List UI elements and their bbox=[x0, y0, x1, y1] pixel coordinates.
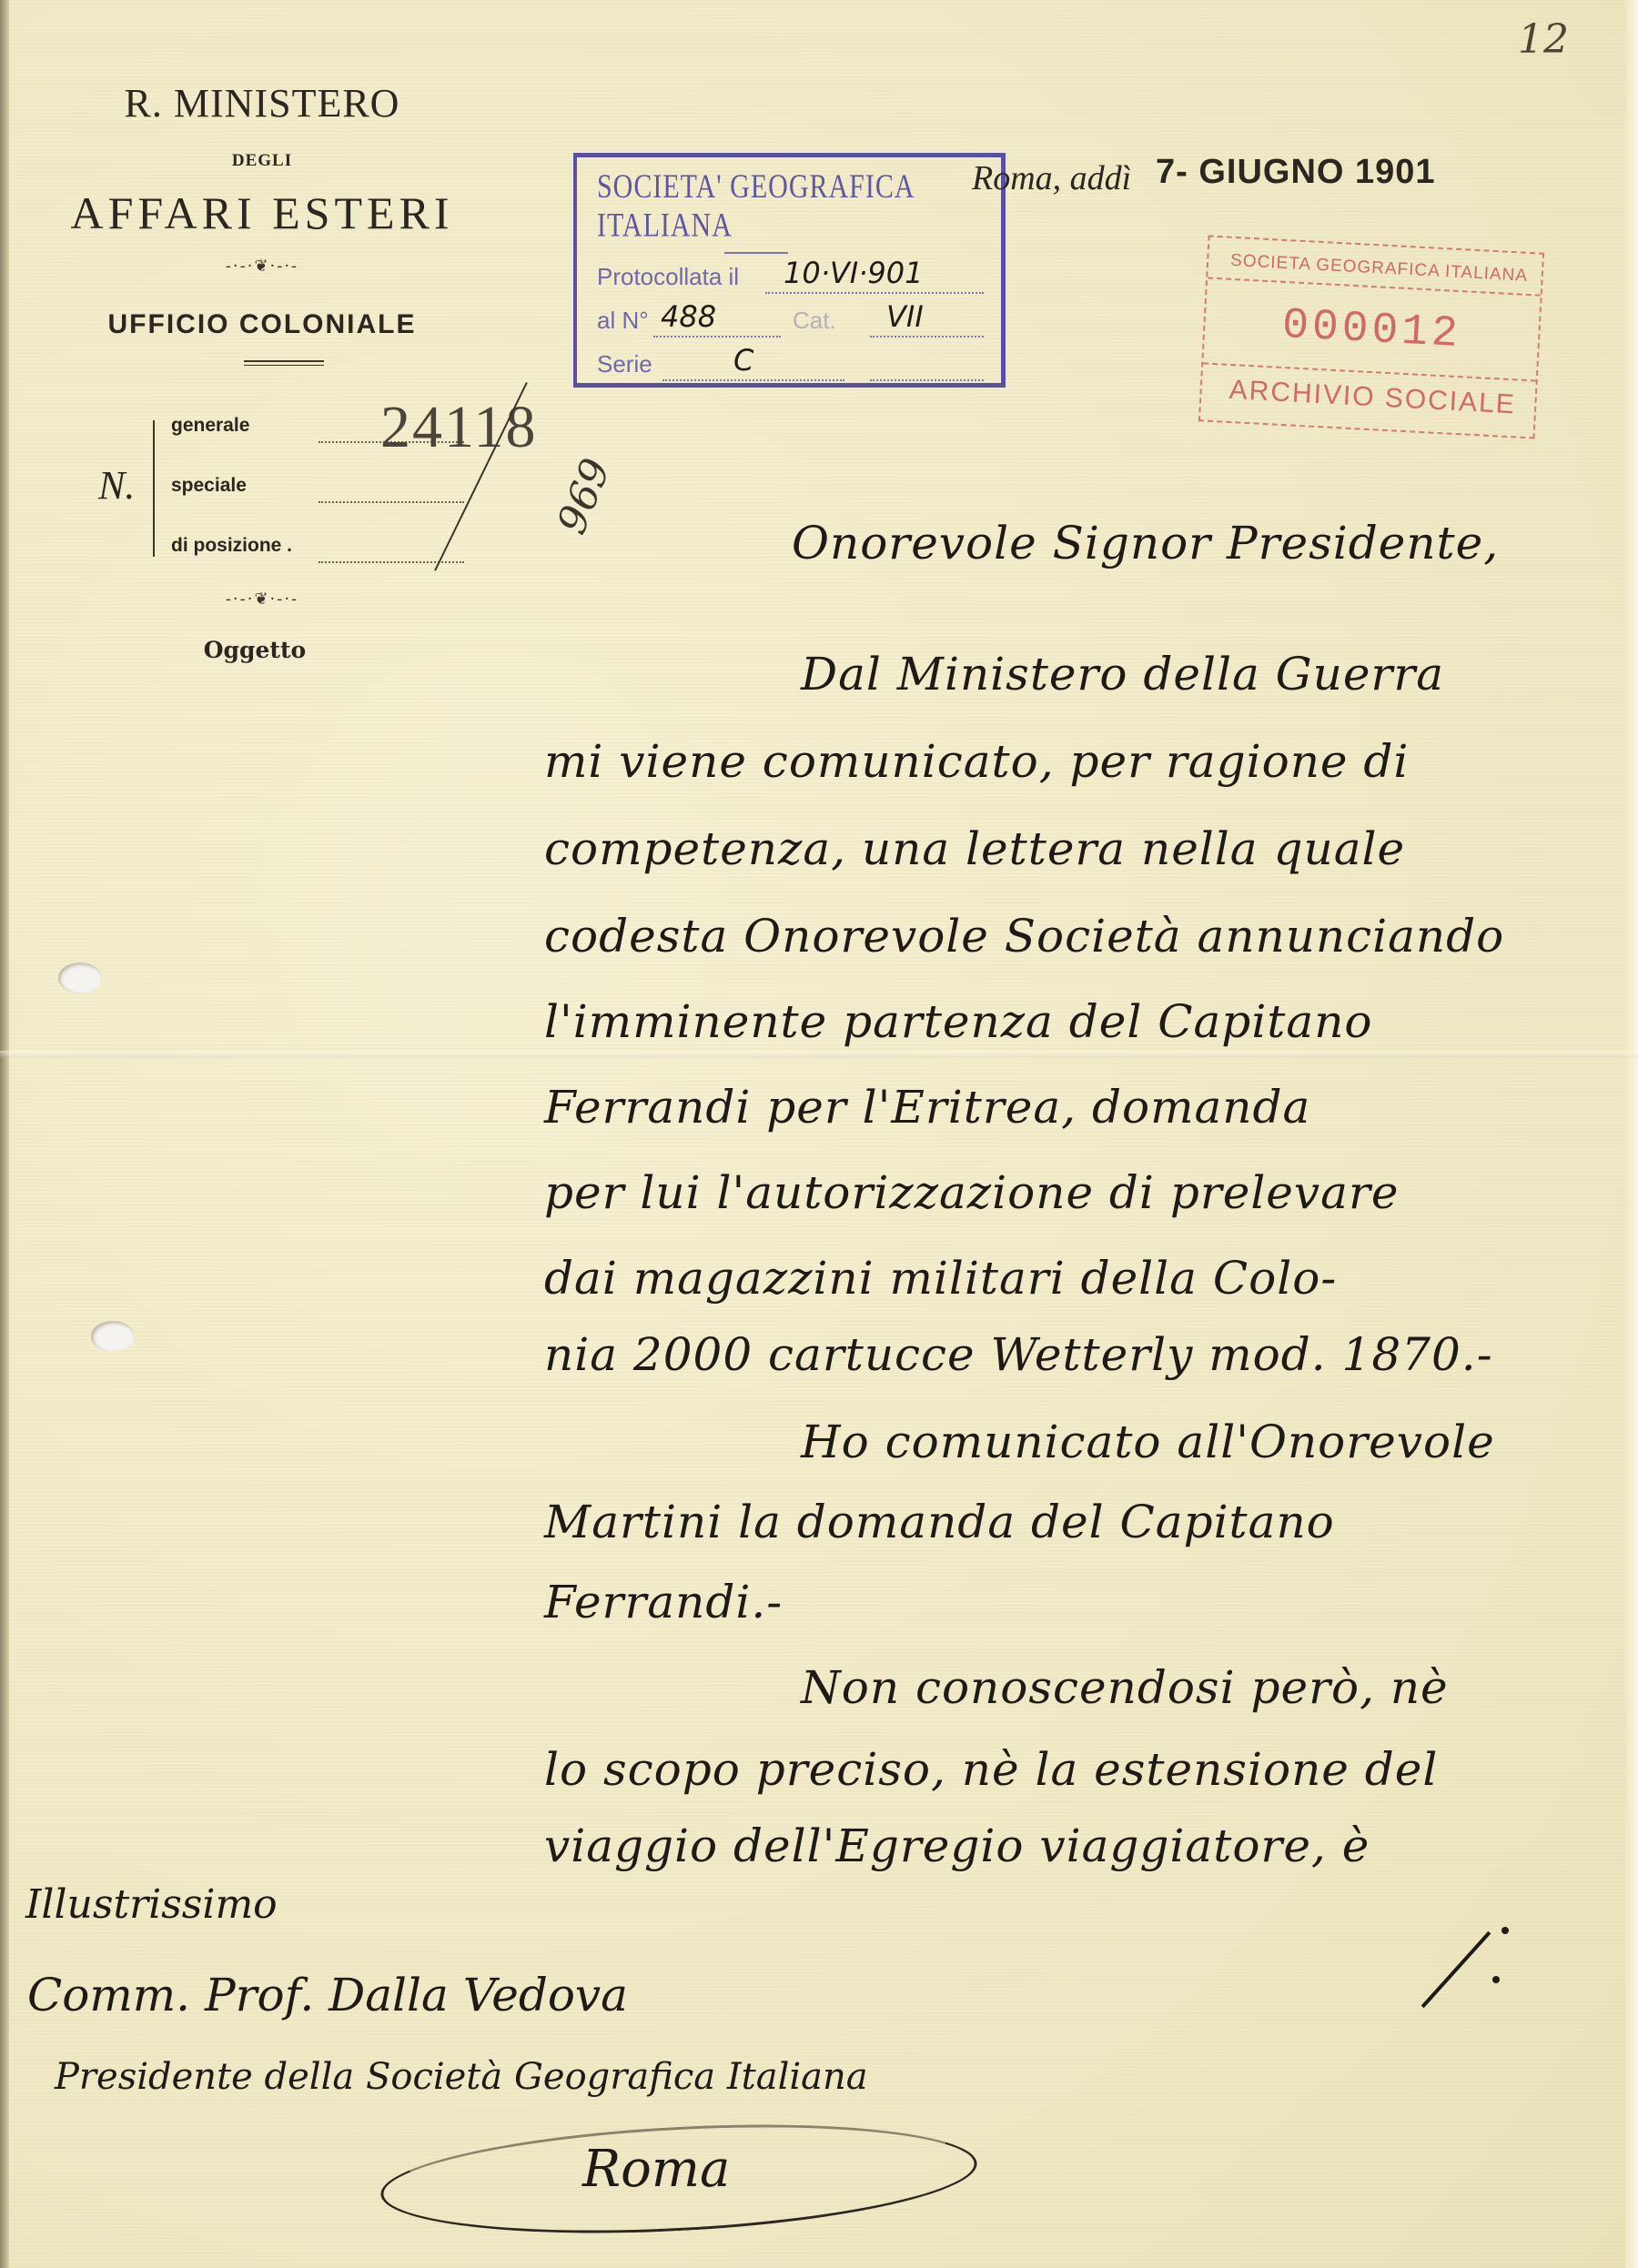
serie-value: C bbox=[733, 343, 753, 378]
date-value: 7- GIUGNO 1901 bbox=[1156, 153, 1436, 192]
punch-hole bbox=[91, 1321, 135, 1352]
categoria-value: VII bbox=[886, 299, 924, 334]
serie-field bbox=[662, 379, 844, 381]
categoria-field bbox=[870, 336, 984, 338]
protocollata-label: Protocollata il bbox=[597, 263, 739, 290]
letter-line: lo scopo preciso, nè la estensione del bbox=[544, 1743, 1438, 1796]
page-right-edge bbox=[1625, 0, 1638, 2268]
numero-posizione-label: di posizione . bbox=[171, 535, 292, 557]
continuation-dot bbox=[1492, 1976, 1500, 1983]
numero-speciale-label: speciale bbox=[171, 475, 247, 497]
brace-icon bbox=[153, 420, 162, 557]
letter-line: Ho comunicato all'Onorevole bbox=[801, 1416, 1495, 1468]
letterhead-line-3: AFFARI ESTERI bbox=[7, 186, 517, 239]
letter-line: Martini la domanda del Capitano bbox=[544, 1496, 1335, 1548]
punch-hole bbox=[58, 963, 102, 993]
protocollata-row: Protocollata il 10·VI·901 bbox=[597, 263, 981, 297]
date-place: Roma, addì bbox=[972, 158, 1131, 198]
categoria-label: Cat. bbox=[793, 307, 836, 335]
letter-line: l'imminente partenza del Capitano bbox=[544, 995, 1373, 1048]
paper-fold bbox=[0, 1051, 1638, 1058]
letter-line: competenza, una lettera nella quale bbox=[544, 822, 1405, 875]
addressee-title: Presidente della Società Geografica Ital… bbox=[55, 2056, 868, 2098]
serie-row: Serie C bbox=[597, 350, 981, 385]
numero-stamp-value: 488 bbox=[661, 299, 716, 334]
letter-line: per lui l'autorizzazione di prelevare bbox=[544, 1166, 1399, 1219]
ornament-icon: -·-·❦·-·- bbox=[7, 590, 517, 609]
salutation: Onorevole Signor Presidente, bbox=[792, 517, 1499, 570]
protocol-stamp-title: SOCIETA' GEOGRAFICA ITALIANA bbox=[597, 168, 981, 246]
protocol-stamp: SOCIETA' GEOGRAFICA ITALIANA Protocollat… bbox=[573, 153, 1006, 388]
letter-line: Non conoscendosi però, nè bbox=[801, 1661, 1449, 1714]
serie-label: Serie bbox=[597, 350, 652, 378]
addressee-name: Comm. Prof. Dalla Vedova bbox=[27, 1969, 628, 2021]
numero-generale-value: 24118 bbox=[380, 393, 538, 462]
page-number: 12 bbox=[1518, 16, 1569, 63]
numero-generale-label: generale bbox=[171, 415, 249, 437]
protocollata-value: 10·VI·901 bbox=[784, 256, 923, 290]
numero-stamp-field bbox=[653, 336, 781, 338]
letter-line: codesta Onorevole Società annunciando bbox=[544, 910, 1504, 963]
marginal-number: 969 bbox=[549, 452, 621, 540]
continuation-dot bbox=[1501, 1927, 1509, 1934]
stamp-rule bbox=[724, 252, 788, 254]
numero-row: al N° 488 Cat. VII bbox=[597, 307, 981, 341]
letter-line: Ferrandi per l'Eritrea, domanda bbox=[544, 1081, 1310, 1134]
addressee-honorific: Illustrissimo bbox=[25, 1881, 278, 1928]
addressee-city: Roma bbox=[582, 2140, 730, 2199]
numero-label: N. bbox=[98, 462, 135, 509]
ornament-icon: -·-·❦·-·- bbox=[7, 257, 517, 276]
serie-field-2 bbox=[870, 379, 984, 381]
letterhead-line-2: DEGLI bbox=[7, 151, 517, 171]
letter-line: Dal Ministero della Guerra bbox=[801, 648, 1444, 701]
oggetto-label: Oggetto bbox=[0, 637, 510, 663]
archive-stamp: SOCIETA GEOGRAFICA ITALIANA 000012 ARCHI… bbox=[1198, 235, 1544, 438]
numero-stamp-label: al N° bbox=[597, 307, 649, 334]
letter-line: dai magazzini militari della Colo- bbox=[544, 1252, 1337, 1305]
office-name: UFFICIO COLONIALE bbox=[7, 309, 517, 340]
numero-speciale-field bbox=[318, 500, 464, 503]
letterhead-line-1: R. MINISTERO bbox=[7, 80, 517, 126]
protocollata-field bbox=[765, 292, 984, 294]
letter-line: nia 2000 cartucce Wetterly mod. 1870.- bbox=[544, 1328, 1493, 1381]
letter-line: Ferrandi.- bbox=[544, 1576, 783, 1628]
double-rule bbox=[244, 360, 324, 366]
letter-line: mi viene comunicato, per ragione di bbox=[544, 735, 1409, 788]
continuation-slash-icon bbox=[1421, 1931, 1491, 2008]
letter-line: viaggio dell'Egregio viaggiatore, è bbox=[544, 1819, 1370, 1872]
numero-posizione-field bbox=[318, 560, 464, 563]
